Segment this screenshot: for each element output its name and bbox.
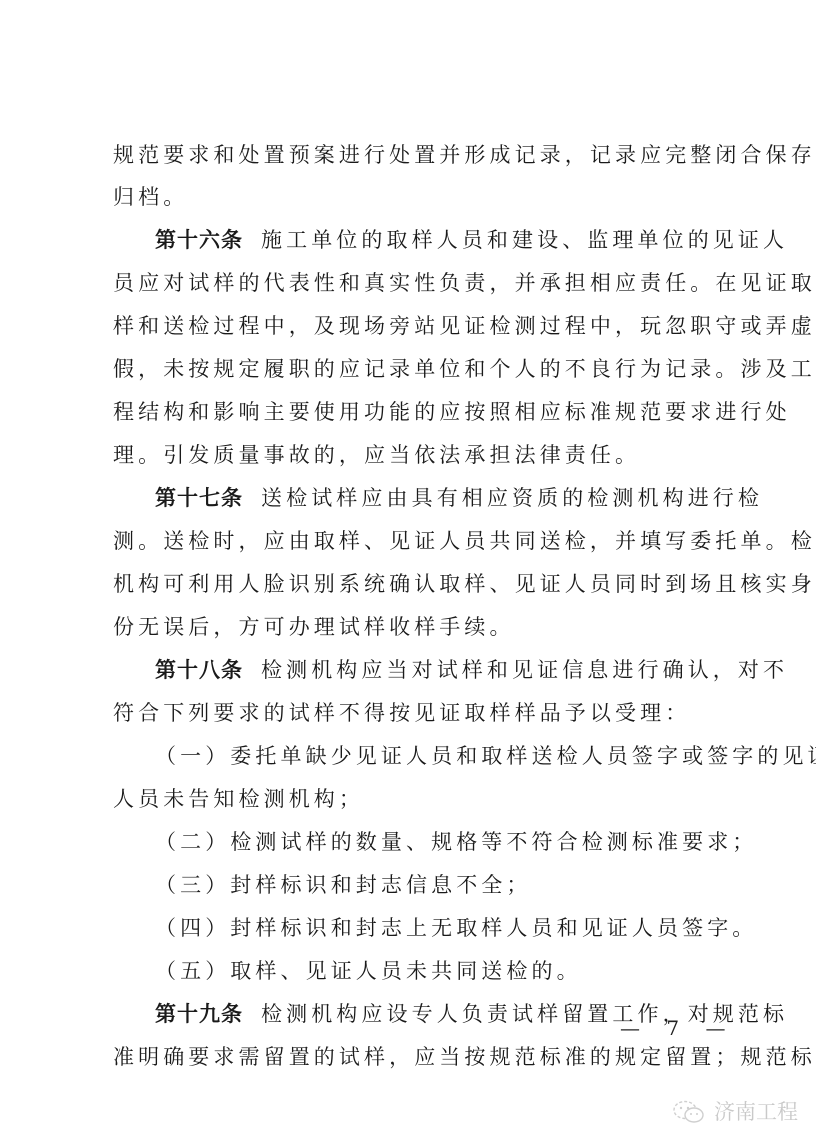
line-text: 假，未按规定履职的应记录单位和个人的不良行为记录。涉及工 xyxy=(113,357,816,381)
line-text: （三）封样标识和封志信息不全； xyxy=(155,873,532,897)
watermark: 济南工程 xyxy=(672,1096,798,1126)
line-text: （五）取样、见证人员未共同送检的。 xyxy=(155,959,582,983)
line-text: （四）封样标识和封志上无取样人员和见证人员签字。 xyxy=(155,916,757,940)
line-text: 员应对试样的代表性和真实性负责，并承担相应责任。在见证取 xyxy=(113,271,816,295)
line-text: （二）检测试样的数量、规格等不符合检测标准要求； xyxy=(155,830,757,854)
text-line: （三）封样标识和封志信息不全； xyxy=(155,869,703,901)
document-page: 规范要求和处置预案进行处置并形成记录，记录应完整闭合保存归档。第十六条施工单位的… xyxy=(0,0,816,1145)
text-line: （二）检测试样的数量、规格等不符合检测标准要求； xyxy=(155,826,703,858)
line-text: 测。送检时，应由取样、见证人员共同送检，并填写委托单。检测 xyxy=(113,529,816,553)
line-text: 理。引发质量事故的，应当依法承担法律责任。 xyxy=(113,443,640,467)
page-number: — 7 — xyxy=(620,1016,735,1040)
line-text: 规范要求和处置预案进行处置并形成记录，记录应完整闭合保存 xyxy=(113,143,816,167)
text-line: 份无误后，方可办理试样收样手续。 xyxy=(113,611,703,643)
line-text: 施工单位的取样人员和建设、监理单位的见证人 xyxy=(261,228,788,252)
line-text: 检测机构应当对试样和见证信息进行确认，对不 xyxy=(261,658,788,682)
line-text: 样和送检过程中，及现场旁站见证检测过程中，玩忽职守或弄虚作 xyxy=(113,314,816,338)
line-text: 人员未告知检测机构； xyxy=(113,787,364,811)
line-text: 送检试样应由具有相应资质的检测机构进行检 xyxy=(261,486,763,510)
text-line: 程结构和影响主要使用功能的应按照相应标准规范要求进行处 xyxy=(113,396,703,428)
text-line: 规范要求和处置预案进行处置并形成记录，记录应完整闭合保存 xyxy=(113,139,703,171)
article-heading: 第十七条 xyxy=(155,486,243,510)
text-line: （五）取样、见证人员未共同送检的。 xyxy=(155,955,703,987)
text-line: 测。送检时，应由取样、见证人员共同送检，并填写委托单。检测 xyxy=(113,525,703,557)
line-text: 归档。 xyxy=(113,185,188,209)
text-line: 机构可利用人脸识别系统确认取样、见证人员同时到场且核实身 xyxy=(113,568,703,600)
text-line: 人员未告知检测机构； xyxy=(113,783,703,815)
watermark-text: 济南工程 xyxy=(714,1096,798,1126)
line-text: 程结构和影响主要使用功能的应按照相应标准规范要求进行处 xyxy=(113,400,791,424)
text-line: 样和送检过程中，及现场旁站见证检测过程中，玩忽职守或弄虚作 xyxy=(113,310,703,342)
text-line: 准明确要求需留置的试样，应当按规范标准的规定留置；规范标准 xyxy=(113,1041,703,1073)
wechat-icon xyxy=(672,1099,706,1123)
line-text: 份无误后，方可办理试样收样手续。 xyxy=(113,615,515,639)
article-heading: 第十六条 xyxy=(155,228,243,252)
article-line: 第十六条施工单位的取样人员和建设、监理单位的见证人 xyxy=(155,224,703,256)
line-text: （一）委托单缺少见证人员和取样送检人员签字或签字的见证 xyxy=(155,744,816,768)
article-line: 第十八条检测机构应当对试样和见证信息进行确认，对不 xyxy=(155,654,703,686)
text-line: 理。引发质量事故的，应当依法承担法律责任。 xyxy=(113,439,703,471)
text-line: （四）封样标识和封志上无取样人员和见证人员签字。 xyxy=(155,912,703,944)
line-text: 机构可利用人脸识别系统确认取样、见证人员同时到场且核实身 xyxy=(113,572,816,596)
article-heading: 第十八条 xyxy=(155,658,243,682)
text-line: 符合下列要求的试样不得按见证取样样品予以受理： xyxy=(113,697,703,729)
text-line: 假，未按规定履职的应记录单位和个人的不良行为记录。涉及工 xyxy=(113,353,703,385)
article-line: 第十七条送检试样应由具有相应资质的检测机构进行检 xyxy=(155,482,703,514)
line-text: 符合下列要求的试样不得按见证取样样品予以受理： xyxy=(113,701,690,725)
text-line: （一）委托单缺少见证人员和取样送检人员签字或签字的见证 xyxy=(155,740,703,772)
line-text: 准明确要求需留置的试样，应当按规范标准的规定留置；规范标准 xyxy=(113,1045,816,1069)
text-line: 归档。 xyxy=(113,181,703,213)
text-line: 员应对试样的代表性和真实性负责，并承担相应责任。在见证取 xyxy=(113,267,703,299)
article-heading: 第十九条 xyxy=(155,1002,243,1026)
